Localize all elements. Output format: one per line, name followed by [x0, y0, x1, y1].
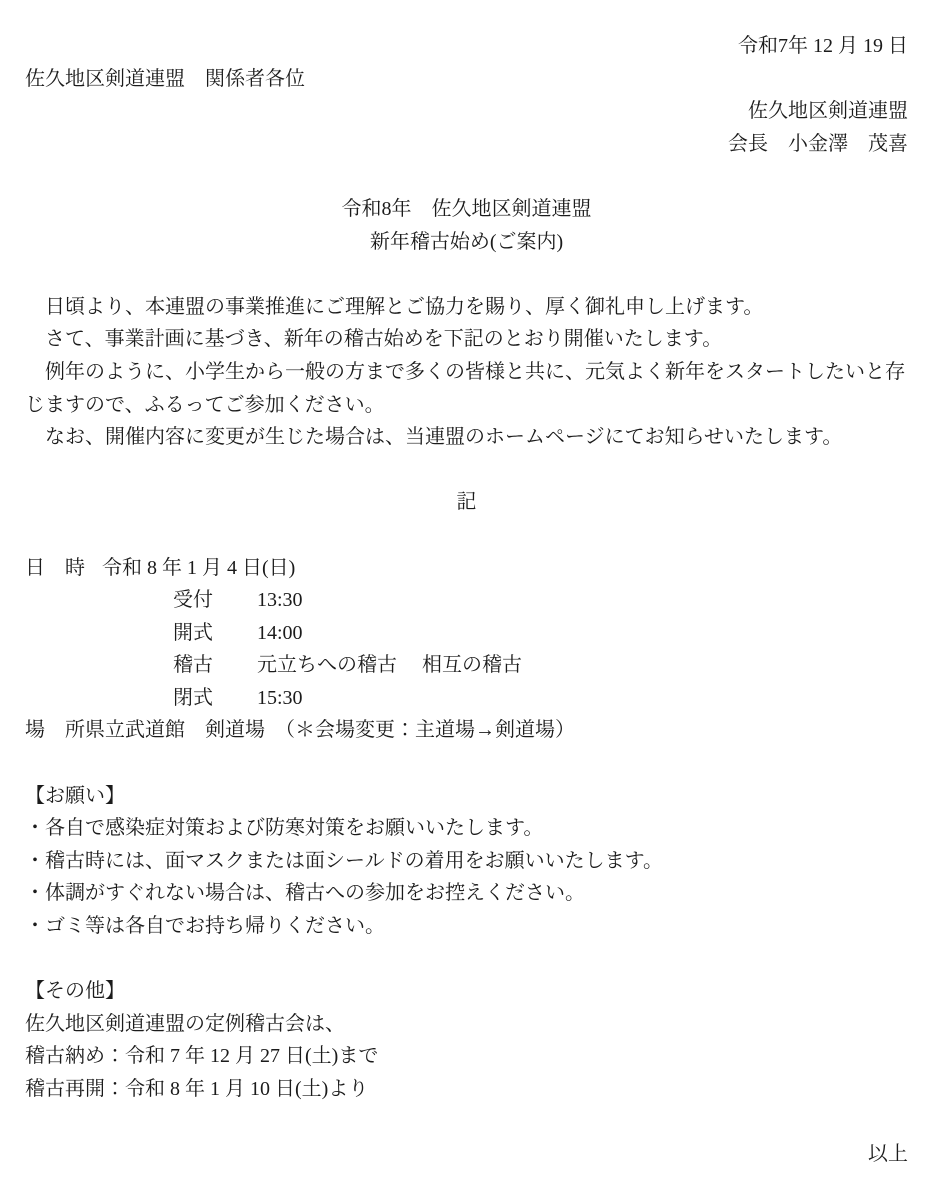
schedule-row-practice: 稽古元立ちへの稽古 相互の稽古 — [25, 649, 908, 682]
doc-title-line1: 令和8年 佐久地区剣道連盟 — [25, 193, 908, 226]
body-paragraph-4: なお、開催内容に変更が生じた場合は、当連盟のホームページにてお知らせいたします。 — [25, 421, 908, 454]
place-value: 県立武道館 剣道場 （＊会場変更：主道場→剣道場） — [85, 719, 575, 741]
schedule-value: 13:30 — [257, 589, 303, 611]
place-row: 場 所県立武道館 剣道場 （＊会場変更：主道場→剣道場） — [25, 714, 908, 747]
issue-date: 令和7年 12 月 19 日 — [25, 30, 908, 63]
schedule-row-closing: 閉式15:30 — [25, 682, 908, 715]
others-line-restart: 稽古再開：令和 8 年 1 月 10 日(土)より — [25, 1073, 908, 1106]
request-item: ・稽古時には、面マスクまたは面シールドの着用をお願いいたします。 — [25, 845, 908, 878]
closing-mark: 以上 — [25, 1138, 908, 1171]
body-paragraph-3: 例年のように、小学生から一般の方まで多くの皆様と共に、元気よく新年をスタートした… — [25, 356, 908, 421]
sender-name: 会長 小金澤 茂喜 — [25, 128, 908, 161]
body-paragraph-1: 日頃より、本連盟の事業推進にご理解とご協力を賜り、厚く御礼申し上げます。 — [25, 291, 908, 324]
others-heading: 【その他】 — [25, 975, 908, 1008]
document-page: 令和7年 12 月 19 日 佐久地区剣道連盟 関係者各位 佐久地区剣道連盟 会… — [0, 0, 948, 1200]
place-label: 場 所 — [25, 714, 85, 747]
request-item: ・各自で感染症対策および防寒対策をお願いいたします。 — [25, 812, 908, 845]
recipient-line: 佐久地区剣道連盟 関係者各位 — [25, 63, 908, 96]
schedule-label: 閉式 — [173, 682, 257, 715]
schedule-value: 14:00 — [257, 622, 303, 644]
doc-title-line2: 新年稽古始め(ご案内) — [25, 226, 908, 259]
others-line-last-practice: 稽古納め：令和 7 年 12 月 27 日(土)まで — [25, 1040, 908, 1073]
body-paragraph-2: さて、事業計画に基づき、新年の稽古始めを下記のとおり開催いたします。 — [25, 323, 908, 356]
datetime-label: 日 時 — [25, 552, 102, 585]
schedule-label: 稽古 — [173, 649, 257, 682]
schedule-label: 開式 — [173, 617, 257, 650]
schedule-row-reception: 受付13:30 — [25, 584, 908, 617]
schedule-value: 元立ちへの稽古 相互の稽古 — [257, 654, 522, 676]
request-item: ・ゴミ等は各自でお持ち帰りください。 — [25, 910, 908, 943]
request-item: ・体調がすぐれない場合は、稽古への参加をお控えください。 — [25, 877, 908, 910]
schedule-label: 受付 — [173, 584, 257, 617]
record-marker: 記 — [25, 486, 908, 519]
datetime-value: 令和 8 年 1 月 4 日(日) — [102, 557, 295, 579]
others-line-regular: 佐久地区剣道連盟の定例稽古会は、 — [25, 1008, 908, 1041]
requests-heading: 【お願い】 — [25, 780, 908, 813]
schedule-row-opening: 開式14:00 — [25, 617, 908, 650]
datetime-row: 日 時令和 8 年 1 月 4 日(日) — [25, 552, 908, 585]
sender-org: 佐久地区剣道連盟 — [25, 95, 908, 128]
schedule-value: 15:30 — [257, 687, 303, 709]
